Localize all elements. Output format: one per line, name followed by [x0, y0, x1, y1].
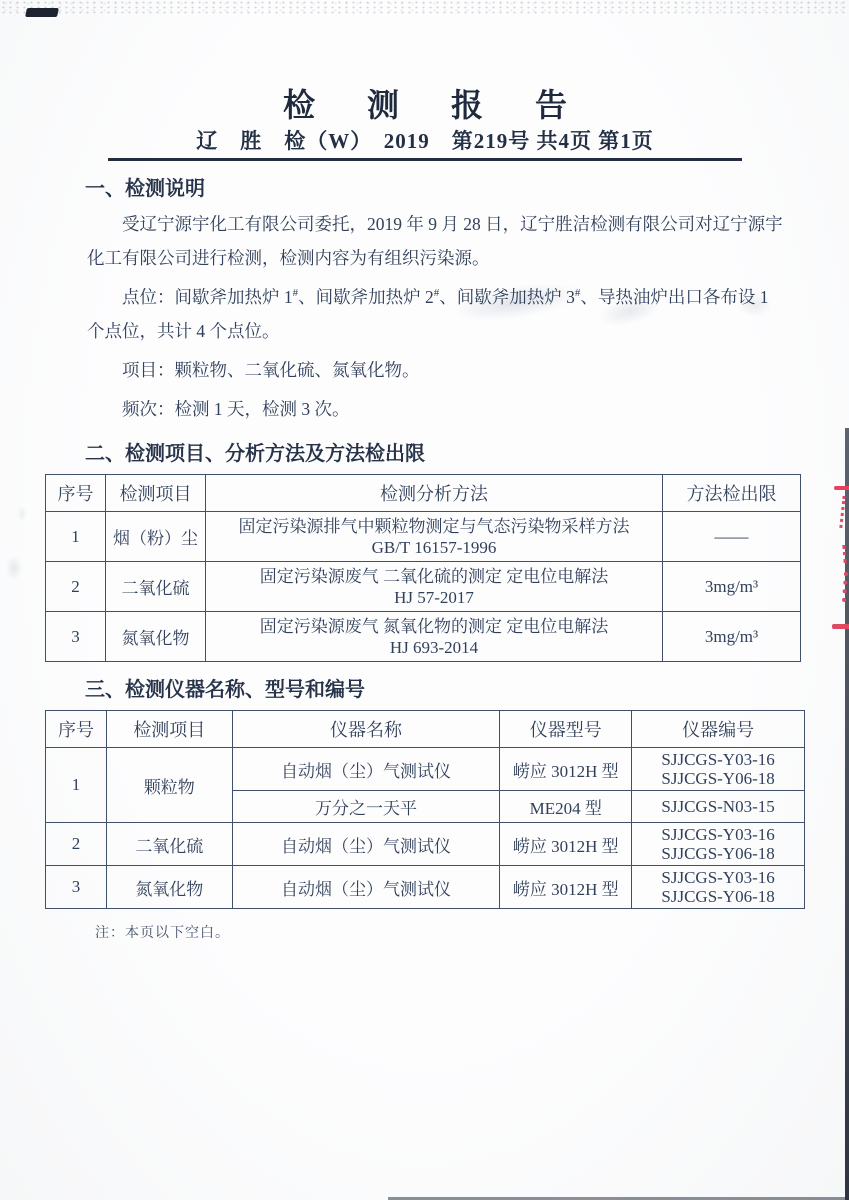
serial-line: SJJCGS-Y06-18	[635, 844, 801, 863]
para-frequency: 频次：检测 1 天，检测 3 次。	[87, 392, 787, 426]
cell-limit: 3mg/m³	[663, 612, 801, 662]
para-entrust: 受辽宁源宇化工有限公司委托，2019 年 9 月 28 日，辽宁胜洁检测有限公司…	[87, 207, 787, 275]
cell-instrument-model: 崂应 3012H 型	[500, 866, 632, 909]
cell-instrument-name: 自动烟（尘）气测试仪	[232, 823, 500, 866]
cell-no: 1	[46, 748, 107, 823]
cell-item: 烟（粉）尘	[106, 512, 206, 562]
col-header-instrument-serial: 仪器编号	[632, 711, 805, 748]
cell-item: 二氧化硫	[106, 823, 232, 866]
scan-dark-right-edge	[845, 428, 849, 1200]
report-doc-number: 辽 胜 检（W） 2019 第219号 共4页 第1页	[108, 127, 742, 161]
table-row: 3 氮氧化物 固定污染源废气 氮氧化物的测定 定电位电解法 HJ 693-201…	[46, 612, 801, 662]
section1-heading: 一、检测说明	[85, 176, 805, 202]
table-row: 1 颗粒物 自动烟（尘）气测试仪 崂应 3012H 型 SJJCGS-Y03-1…	[46, 748, 805, 791]
cell-method: 固定污染源废气 二氧化硫的测定 定电位电解法 HJ 57-2017	[206, 562, 663, 612]
method-standard: GB/T 16157-1996	[209, 537, 659, 558]
footer-note: 注：本页以下空白。	[95, 922, 805, 942]
table-header-row: 序号 检测项目 检测分析方法 方法检出限	[46, 475, 801, 512]
cell-instrument-model: 崂应 3012H 型	[500, 823, 632, 866]
cell-instrument-serial: SJJCGS-Y03-16 SJJCGS-Y06-18	[632, 748, 805, 791]
method-name: 固定污染源废气 二氧化硫的测定 定电位电解法	[209, 566, 659, 587]
cell-instrument-model: 崂应 3012H 型	[500, 748, 632, 791]
col-header-method: 检测分析方法	[206, 475, 663, 512]
table-row: 2 二氧化硫 自动烟（尘）气测试仪 崂应 3012H 型 SJJCGS-Y03-…	[46, 823, 805, 866]
col-header-no: 序号	[46, 475, 106, 512]
cell-no: 2	[46, 823, 107, 866]
scanned-report-page: 检 测 报 告 辽 胜 检（W） 2019 第219号 共4页 第1页 一、检测…	[0, 0, 849, 1200]
cell-method: 固定污染源排气中颗粒物测定与气态污染物采样方法 GB/T 16157-1996	[206, 512, 663, 562]
document-content: 检 测 报 告 辽 胜 检（W） 2019 第219号 共4页 第1页 一、检测…	[45, 0, 805, 942]
cell-no: 3	[46, 612, 106, 662]
para-items: 项目：颗粒物、二氧化硫、氮氧化物。	[87, 353, 787, 387]
col-header-limit: 方法检出限	[663, 475, 801, 512]
col-header-instrument-model: 仪器型号	[500, 711, 632, 748]
analysis-method-table: 序号 检测项目 检测分析方法 方法检出限 1 烟（粉）尘 固定污染源排气中颗粒物…	[45, 474, 801, 662]
cell-item: 二氧化硫	[106, 562, 206, 612]
method-name: 固定污染源废气 氮氧化物的测定 定电位电解法	[209, 616, 659, 637]
cell-method: 固定污染源废气 氮氧化物的测定 定电位电解法 HJ 693-2014	[206, 612, 663, 662]
col-header-item: 检测项目	[106, 711, 232, 748]
para-points: 点位：间歇斧加热炉 1#、间歇斧加热炉 2#、间歇斧加热炉 3#、导热油炉出口各…	[87, 280, 787, 348]
scan-smudge	[6, 556, 22, 580]
instrument-table: 序号 检测项目 仪器名称 仪器型号 仪器编号 1 颗粒物 自动烟（尘）气测试仪 …	[45, 710, 805, 909]
table-row: 3 氮氧化物 自动烟（尘）气测试仪 崂应 3012H 型 SJJCGS-Y03-…	[46, 866, 805, 909]
cell-no: 2	[46, 562, 106, 612]
cell-instrument-serial: SJJCGS-Y03-16 SJJCGS-Y06-18	[632, 823, 805, 866]
cell-no: 1	[46, 512, 106, 562]
points-seg2: 、间歇斧加热炉 2	[298, 287, 434, 307]
col-header-no: 序号	[46, 711, 107, 748]
points-seg3: 、间歇斧加热炉 3	[439, 287, 575, 307]
cell-instrument-serial: SJJCGS-Y03-16 SJJCGS-Y06-18	[632, 866, 805, 909]
cell-item: 颗粒物	[106, 748, 232, 823]
table-header-row: 序号 检测项目 仪器名称 仪器型号 仪器编号	[46, 711, 805, 748]
method-standard: HJ 693-2014	[209, 637, 659, 658]
serial-line: SJJCGS-Y03-16	[635, 868, 801, 887]
section2-heading: 二、检测项目、分析方法及方法检出限	[85, 441, 805, 467]
cell-instrument-model: ME204 型	[500, 791, 632, 823]
serial-line: SJJCGS-Y03-16	[635, 825, 801, 844]
col-header-item: 检测项目	[106, 475, 206, 512]
cell-item: 氮氧化物	[106, 612, 206, 662]
cell-instrument-name: 自动烟（尘）气测试仪	[232, 866, 500, 909]
serial-line: SJJCGS-Y06-18	[635, 887, 801, 906]
method-standard: HJ 57-2017	[209, 587, 659, 608]
report-title: 检 测 报 告	[45, 86, 805, 124]
cell-limit: ——	[663, 512, 801, 562]
table-row: 2 二氧化硫 固定污染源废气 二氧化硫的测定 定电位电解法 HJ 57-2017…	[46, 562, 801, 612]
col-header-instrument-name: 仪器名称	[232, 711, 500, 748]
serial-line: SJJCGS-Y06-18	[635, 769, 801, 788]
scan-smudge	[18, 506, 26, 522]
method-name: 固定污染源排气中颗粒物测定与气态污染物采样方法	[209, 516, 659, 537]
red-pen-mark	[834, 486, 849, 490]
section3-heading: 三、检测仪器名称、型号和编号	[85, 677, 805, 703]
cell-instrument-name: 万分之一天平	[232, 791, 500, 823]
serial-line: SJJCGS-Y03-16	[635, 750, 801, 769]
points-seg1: 点位：间歇斧加热炉 1	[122, 287, 293, 307]
red-pen-mark	[832, 624, 849, 629]
cell-no: 3	[46, 866, 107, 909]
cell-limit: 3mg/m³	[663, 562, 801, 612]
table-row: 1 烟（粉）尘 固定污染源排气中颗粒物测定与气态污染物采样方法 GB/T 161…	[46, 512, 801, 562]
cell-instrument-name: 自动烟（尘）气测试仪	[232, 748, 500, 791]
cell-instrument-serial: SJJCGS-N03-15	[632, 791, 805, 823]
cell-item: 氮氧化物	[106, 866, 232, 909]
